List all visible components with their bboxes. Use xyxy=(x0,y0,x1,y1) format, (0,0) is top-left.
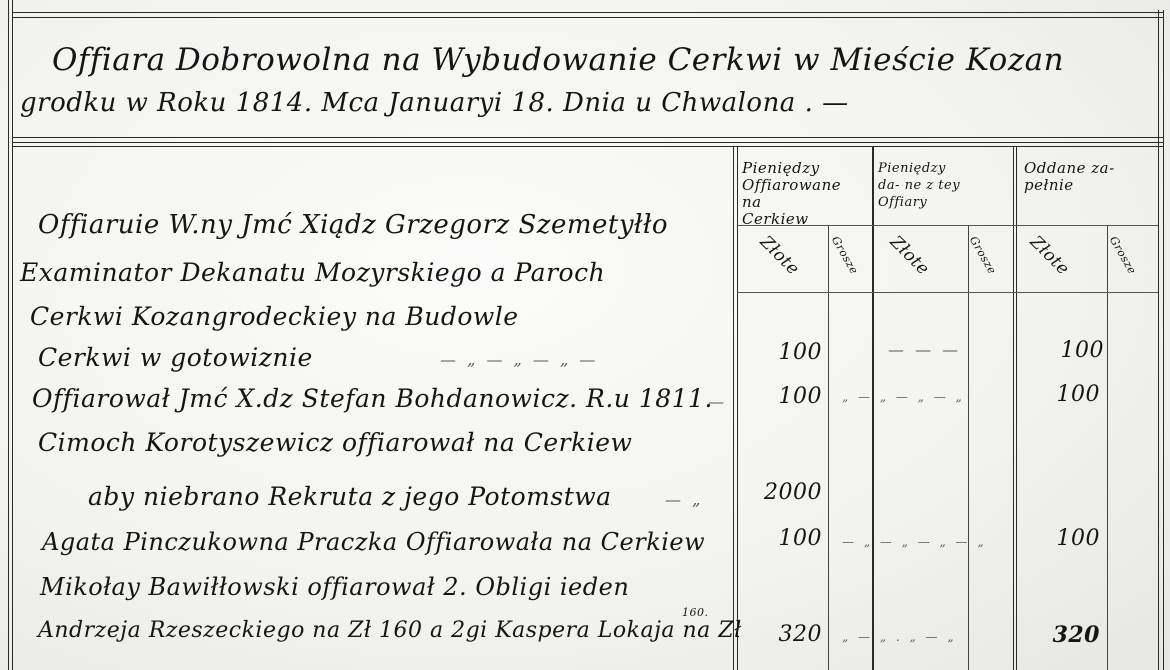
amount-paid-row-5: 100 xyxy=(1020,382,1100,407)
left-border-outer xyxy=(8,0,9,670)
column-header-given: Pieniędzy da- ne z tey Offiary xyxy=(878,160,968,211)
amount-paid-row-8: 100 xyxy=(1020,526,1100,551)
entry-line-4-fill: — „ — „ — „ — xyxy=(440,350,598,369)
entry-line-6: Cimoch Korotyszewicz offiarował na Cerki… xyxy=(38,428,632,457)
amount-offered-row-7: 2000 xyxy=(742,480,822,505)
right-border-outer xyxy=(1163,10,1164,670)
subheader-paid-zlote: Złote xyxy=(1026,232,1073,279)
ledger-page: Offiara Dobrowolna na Wybudowanie Cerkwi… xyxy=(0,0,1170,670)
entry-line-2: Examinator Dekanatu Mozyrskiego a Paroch xyxy=(20,258,605,287)
title-bottom-rule xyxy=(12,137,1164,138)
amount-offered-row-10: 320 xyxy=(742,622,822,647)
document-title-line-1: Offiara Dobrowolna na Wybudowanie Cerkwi… xyxy=(52,42,1064,78)
entry-line-7-fill: — „ xyxy=(665,490,703,509)
amount-offered-row-5: 100 xyxy=(742,384,822,409)
title-bottom-rule-3 xyxy=(12,146,1164,147)
entry-line-8: Agata Pinczukowna Praczka Offiarowała na… xyxy=(42,528,705,556)
subheader-given-grosze: Grosze xyxy=(967,234,999,277)
entry-line-5-fill: — xyxy=(708,392,727,411)
entry-line-1: Offiaruie W.ny Jmć Xiądz Grzegorz Szemet… xyxy=(38,210,668,240)
given-row-4: — — — xyxy=(888,340,961,359)
entry-line-10: Andrzeja Rzeszeckiego na Zł 160 a 2gi Ka… xyxy=(38,618,742,643)
subheader-given-zlote: Złote xyxy=(886,232,933,279)
subheader-paid-grosze: Grosze xyxy=(1107,234,1139,277)
amount-offered-row-8: 100 xyxy=(742,526,822,551)
amount-paid-row-10: 320 xyxy=(1020,622,1100,648)
given-row-10: „ — „ . „ — „ xyxy=(842,630,957,644)
column-header-paid: Oddane za- pełnie xyxy=(1024,160,1134,194)
entry-line-10-superscript: 160. xyxy=(682,606,709,619)
title-top-rule-2 xyxy=(12,17,1164,18)
entry-line-4: Cerkwi w gotowiznie xyxy=(38,343,313,372)
document-title-line-2: grodku w Roku 1814. Mca Januaryi 18. Dni… xyxy=(20,88,849,118)
given-row-5: „ — „ — „ — „ xyxy=(842,390,965,404)
column-header-offered: Pieniędzy Offiarowane na Cerkiew xyxy=(742,160,830,228)
subheader-offered-zlote: Złote xyxy=(756,232,803,279)
amount-paid-row-4: 100 xyxy=(1024,338,1104,363)
left-border-inner xyxy=(12,0,13,670)
right-border-inner xyxy=(1158,10,1159,670)
subheader-bottom-rule xyxy=(737,292,1158,293)
amount-offered-row-4: 100 xyxy=(742,340,822,365)
subheader-offered-grosze: Grosze xyxy=(829,234,861,277)
entry-line-7: aby niebrano Rekruta z jego Potomstwa xyxy=(88,482,612,511)
entry-line-5: Offiarował Jmć X.dz Stefan Bohdanowicz. … xyxy=(32,384,713,413)
title-top-rule xyxy=(12,12,1164,13)
col-sep-text-amounts xyxy=(733,146,734,670)
given-row-8: — „ — „ — „ — „ xyxy=(842,535,987,549)
title-bottom-rule-2 xyxy=(12,142,1164,143)
entry-line-9: Mikołay Bawiłłowski offiarował 2. Obligi… xyxy=(40,573,629,601)
entry-line-3: Cerkwi Kozangrodeckiey na Budowle xyxy=(30,302,519,331)
